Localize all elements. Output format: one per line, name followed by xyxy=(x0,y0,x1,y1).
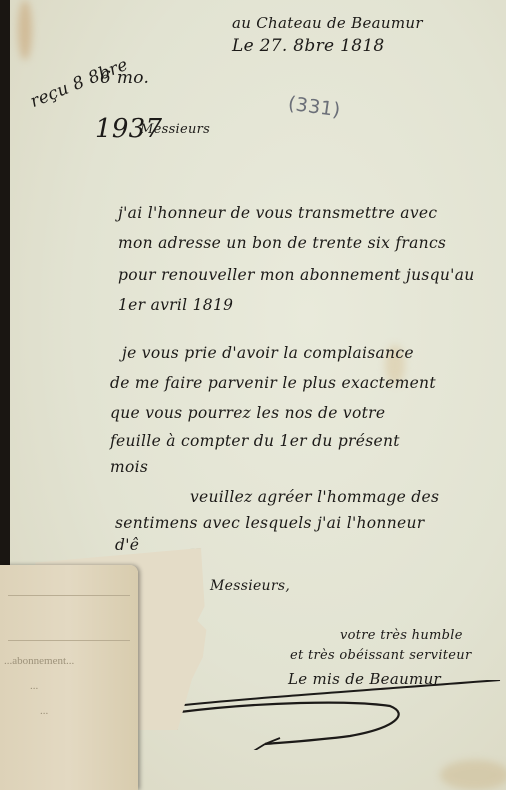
archive-reference: (331) xyxy=(287,92,342,121)
faded-print-line: ...abonnement... xyxy=(4,655,74,667)
letter-date: Le 27. 8bre 1818 xyxy=(232,36,385,56)
day-annotation: 6 mo. xyxy=(100,68,149,88)
paper-stain xyxy=(18,0,32,60)
paragraph-1-line: pour renouveller mon abonnement jusqu'au xyxy=(118,266,475,284)
paragraph-3-line: veuillez agréer l'hommage des xyxy=(190,488,439,506)
paragraph-1-line: 1er avril 1819 xyxy=(118,296,233,314)
paragraph-3-line: sentimens avec lesquels j'ai l'honneur xyxy=(115,514,424,532)
paragraph-2-line: mois xyxy=(110,458,148,476)
paper-stain xyxy=(440,760,506,790)
signature-flourish-icon xyxy=(170,680,506,750)
closing-line: et très obéissant serviteur xyxy=(290,648,472,663)
faded-print-line: ... xyxy=(40,705,48,717)
paragraph-2-line: feuille à compter du 1er du présent xyxy=(110,432,400,450)
letter-place: au Chateau de Beaumur xyxy=(232,14,423,32)
paragraph-3-line: d'ê xyxy=(115,536,139,554)
printed-rule xyxy=(8,640,130,641)
attached-printed-scrap: ...abonnement... ... ... xyxy=(0,565,138,790)
salutation: Messieurs xyxy=(140,122,210,137)
faded-print-line: ... xyxy=(30,680,38,692)
paragraph-2-line: que vous pourrez les nos de votre xyxy=(110,404,385,422)
paragraph-2-line: de me faire parvenir le plus exactement xyxy=(110,374,436,392)
closing-salutation: Messieurs, xyxy=(210,578,290,594)
paragraph-1-line: mon adresse un bon de trente six francs xyxy=(118,234,446,252)
printed-rule xyxy=(8,595,130,596)
paragraph-2-line: je vous prie d'avoir la complaisance xyxy=(122,344,414,362)
paragraph-1-line: j'ai l'honneur de vous transmettre avec xyxy=(118,204,437,222)
closing-line: votre très humble xyxy=(340,628,463,643)
